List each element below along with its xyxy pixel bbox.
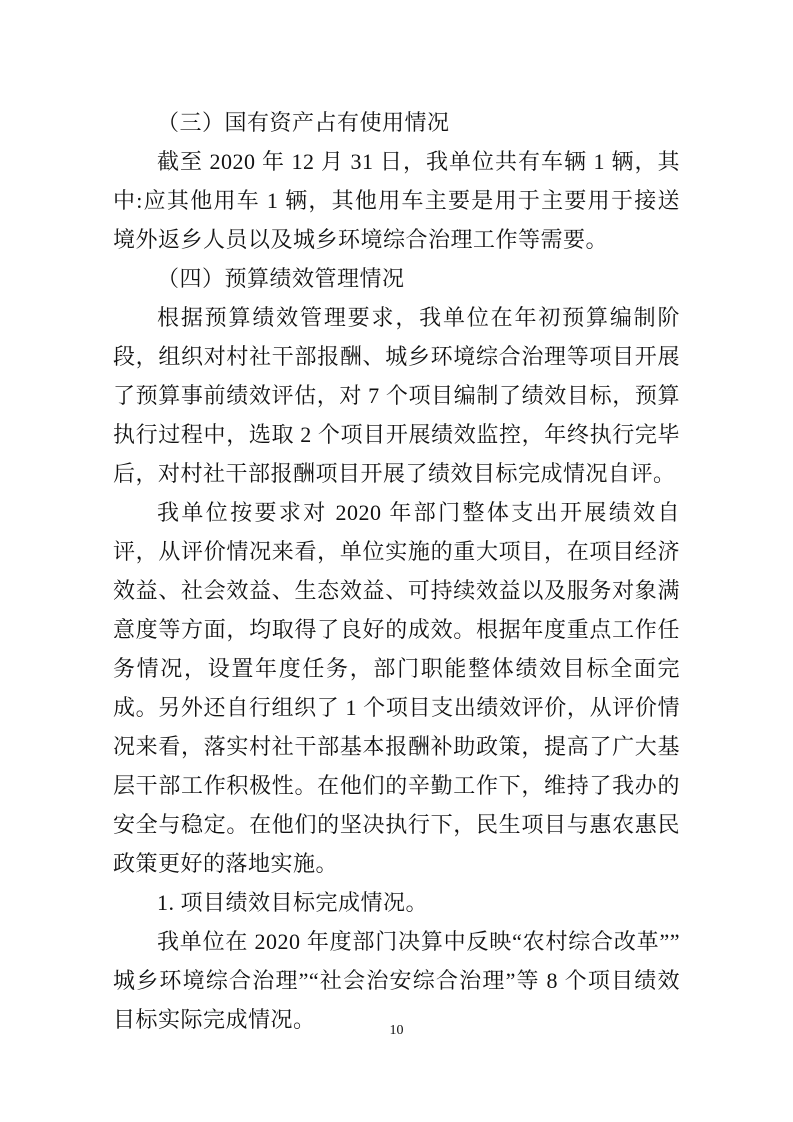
document-body: （三）国有资产占有使用情况 截至 2020 年 12 月 31 日，我单位共有车… — [113, 103, 680, 1039]
section-heading-state-assets: （三）国有资产占有使用情况 — [113, 103, 680, 142]
document-page: （三）国有资产占有使用情况 截至 2020 年 12 月 31 日，我单位共有车… — [0, 0, 793, 1122]
numbered-subheading-project-goal-completion: 1. 项目绩效目标完成情况。 — [113, 883, 680, 922]
paragraph-vehicle-usage: 截至 2020 年 12 月 31 日，我单位共有车辆 1 辆，其中:应其他用车… — [113, 142, 680, 259]
page-number: 10 — [0, 1022, 793, 1040]
paragraph-self-evaluation-results: 我单位按要求对 2020 年部门整体支出开展绩效自评，从评价情况来看，单位实施的… — [113, 493, 680, 883]
section-heading-budget-performance: （四）预算绩效管理情况 — [113, 259, 680, 298]
paragraph-performance-evaluation-process: 根据预算绩效管理要求，我单位在年初预算编制阶段，组织对村社干部报酬、城乡环境综合… — [113, 298, 680, 493]
